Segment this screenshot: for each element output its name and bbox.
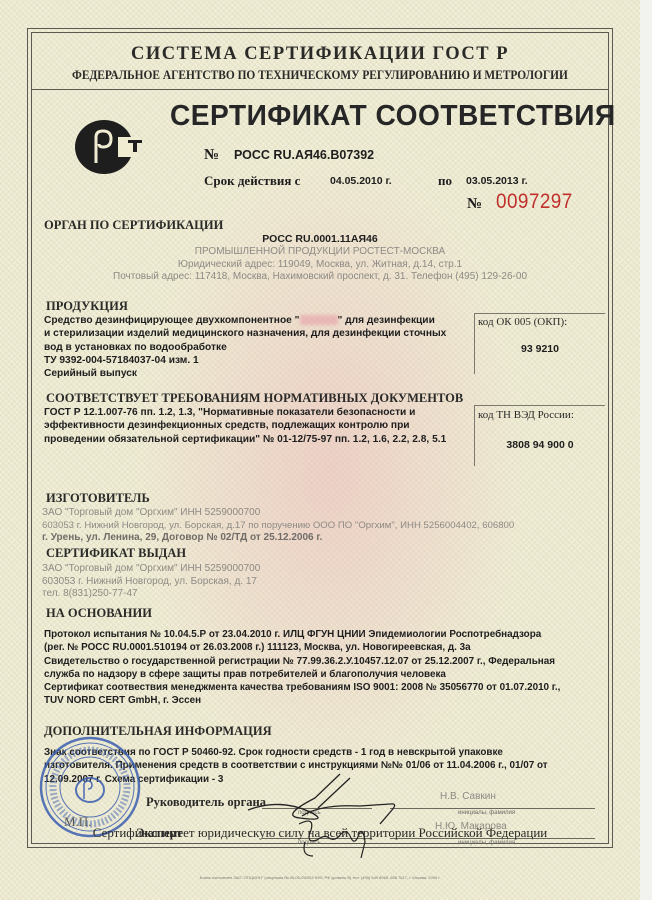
basis-line: служба по надзору в сфере защиты прав по… — [44, 668, 614, 681]
system-title: СИСТЕМА СЕРТИФИКАЦИИ ГОСТ Р — [31, 44, 609, 65]
tnved-code-value: 3808 94 900 0 — [475, 439, 605, 451]
printer-note: Бланк изготовлен ЗАО "ОПЦИОН" (лицензия … — [0, 875, 640, 880]
agency-name: ФЕДЕРАЛЬНОЕ АГЕНТСТВО ПО ТЕХНИЧЕСКОМУ РЕ… — [54, 68, 586, 83]
legal-force-statement: Сертификат имеет юридическую силу на все… — [31, 825, 609, 841]
product-release-type: Серийный выпуск — [44, 367, 464, 380]
okp-code-label: код ОК 005 (ОКП): — [478, 316, 567, 328]
issued-to-heading: СЕРТИФИКАТ ВЫДАН — [46, 546, 186, 561]
issued-to-line: тел. 8(831)250-77-47 — [42, 588, 602, 601]
scan-margin — [640, 0, 652, 900]
valid-to: 03.05.2013 г. — [466, 175, 528, 187]
serial-label: № — [467, 196, 482, 213]
basis-heading: НА ОСНОВАНИИ — [46, 606, 152, 621]
certification-body-heading: ОРГАН ПО СЕРТИФИКАЦИИ — [44, 218, 223, 233]
issued-to-line: ЗАО "Торговый дом "Оргхим" ИНН 525900070… — [42, 563, 602, 576]
requirements-line: эффективности дезинфекционных средств, п… — [44, 419, 474, 432]
basis-line: TUV NORD CERT GmbH, г. Эссен — [44, 694, 614, 707]
serial-number: 0097297 — [496, 190, 573, 214]
certificate-number: РОСС RU.АЯ46.В07392 — [234, 148, 374, 162]
valid-to-label: по — [438, 173, 452, 189]
valid-from: 04.05.2010 г. — [330, 175, 392, 187]
postal-address: Почтовый адрес: 117418, Москва, Нахимовс… — [31, 271, 609, 284]
certificate-number-label: № — [204, 147, 219, 164]
certification-body-code: РОСС RU.0001.11АЯ46 — [31, 233, 609, 246]
head-name: Н.В. Савкин — [440, 791, 496, 804]
basis-line: Сертификат соотвествия менеджмента качес… — [44, 681, 614, 694]
product-spec: ТУ 9392-004-57184037-04 изм. 1 — [44, 354, 464, 367]
requirements-heading: СООТВЕТСТВУЕТ ТРЕБОВАНИЯМ НОРМАТИВНЫХ ДО… — [46, 391, 463, 406]
basis-line: Свидетельство о государственной регистра… — [44, 655, 614, 668]
okp-code-value: 93 9210 — [475, 343, 605, 355]
product-description: Средство дезинфицирующее двухкомпонентно… — [44, 314, 464, 380]
manufacturer-heading: ИЗГОТОВИТЕЛЬ — [46, 491, 150, 506]
tnved-code-box: код ТН ВЭД России: 3808 94 900 0 — [474, 405, 605, 466]
issued-to-details: ЗАО "Торговый дом "Оргхим" ИНН 525900070… — [42, 563, 602, 601]
document-title: СЕРТИФИКАТ СООТВЕТСТВИЯ — [170, 100, 616, 133]
requirements-text: ГОСТ Р 12.1.007-76 пп. 1.2, 1.3, "Нормат… — [44, 406, 474, 446]
product-line: вод в установках по водообработке — [44, 341, 464, 354]
certification-body: РОСС RU.0001.11АЯ46 ПРОМЫШЛЕННОЙ ПРОДУКЦ… — [31, 233, 609, 284]
manufacturer-line: г. Урень, ул. Ленина, 29, Договор № 02/Т… — [42, 532, 602, 545]
head-name-line — [390, 808, 595, 809]
validity-label: Срок действия с — [204, 173, 300, 189]
header-divider — [31, 89, 609, 90]
manufacturer-details: ЗАО "Торговый дом "Оргхим" ИНН 525900070… — [42, 507, 602, 545]
product-heading: ПРОДУКЦИЯ — [46, 299, 128, 314]
basis-line: (рег. № РОСС RU.0001.510194 от 26.03.200… — [44, 641, 614, 654]
okp-code-box: код ОК 005 (ОКП): 93 9210 — [474, 313, 605, 374]
head-name-caption: инициалы, фамилия — [458, 810, 515, 816]
product-line: " для дезинфекции — [338, 315, 435, 326]
issued-to-line: 603053 г. Нижний Новгород, ул. Борская, … — [42, 576, 602, 589]
manufacturer-line: ЗАО "Торговый дом "Оргхим" ИНН 525900070… — [42, 507, 602, 520]
product-line: Средство дезинфицирующее двухкомпонентно… — [44, 315, 300, 326]
requirements-line: ГОСТ Р 12.1.007-76 пп. 1.2, 1.3, "Нормат… — [44, 406, 474, 419]
basis-line: Протокол испытания № 10.04.5.Р от 23.04.… — [44, 628, 614, 641]
certification-body-name: ПРОМЫШЛЕННОЙ ПРОДУКЦИИ РОСТЕСТ-МОСКВА — [31, 246, 609, 259]
rst-conformity-mark-icon — [74, 117, 146, 177]
product-line: и стерилизации изделий медицинского назн… — [44, 327, 464, 340]
legal-address: Юридический адрес: 119049, Москва, ул. Ж… — [31, 259, 609, 272]
redacted-product-name — [300, 315, 338, 325]
requirements-line: проведении обязательной сертификации" № … — [44, 433, 474, 446]
manufacturer-line: 603053 г. Нижний Новгород, ул. Борская, … — [42, 520, 602, 533]
basis-text: Протокол испытания № 10.04.5.Р от 23.04.… — [44, 628, 614, 708]
tnved-code-label: код ТН ВЭД России: — [478, 409, 574, 421]
